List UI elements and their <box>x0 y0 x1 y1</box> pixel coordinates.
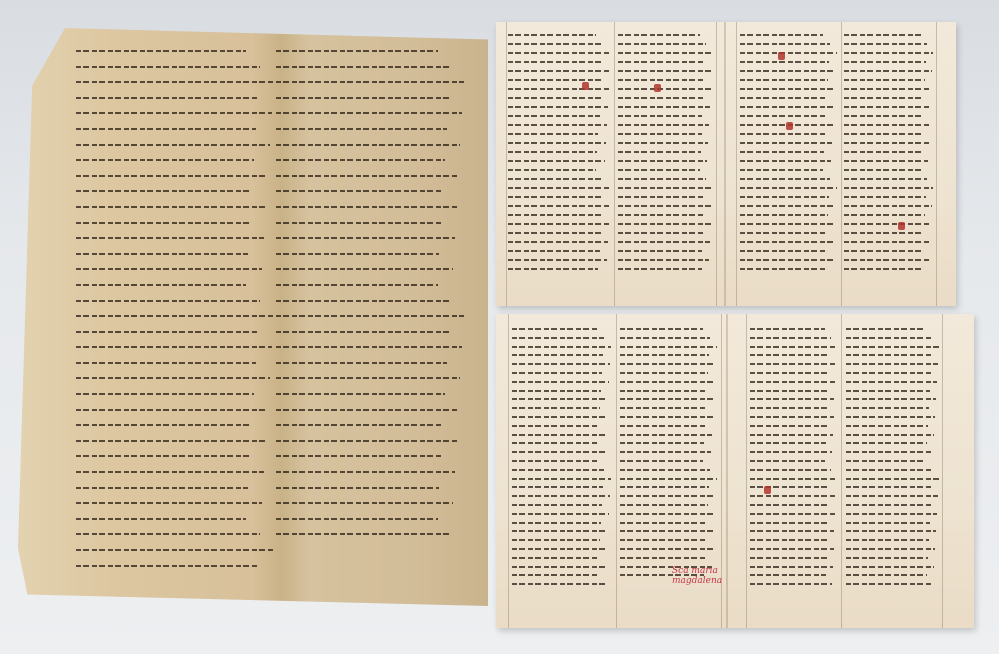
script-line <box>508 160 605 162</box>
script-line <box>76 440 266 442</box>
script-line <box>508 196 603 198</box>
script-line <box>750 539 827 541</box>
script-line <box>618 43 706 45</box>
script-line <box>512 495 610 497</box>
script-line <box>750 337 831 339</box>
script-line <box>76 409 268 411</box>
script-line <box>620 434 712 436</box>
lower-column-4 <box>846 328 940 590</box>
script-line <box>76 377 270 379</box>
script-line <box>620 363 716 365</box>
script-line <box>740 169 823 171</box>
script-line <box>512 425 599 427</box>
script-line <box>508 124 607 126</box>
script-line <box>846 407 929 409</box>
large-manuscript-leaf <box>18 28 488 606</box>
script-line <box>76 471 264 473</box>
script-line <box>618 133 702 135</box>
script-line <box>740 70 836 72</box>
script-line <box>620 495 716 497</box>
script-line <box>844 214 925 216</box>
script-line <box>750 363 836 365</box>
script-line <box>276 533 451 535</box>
script-line <box>740 142 832 144</box>
script-line <box>844 142 929 144</box>
script-line <box>76 253 248 255</box>
script-line <box>740 61 829 63</box>
script-line <box>844 43 927 45</box>
script-line <box>508 259 607 261</box>
script-line <box>618 52 713 54</box>
script-line <box>740 133 825 135</box>
script-line <box>276 222 441 224</box>
upper-column-1 <box>508 34 612 284</box>
script-line <box>846 390 930 392</box>
script-line <box>750 574 826 576</box>
script-line <box>618 151 701 153</box>
script-line <box>846 363 938 365</box>
script-line <box>750 451 832 453</box>
script-line <box>844 232 924 234</box>
script-line <box>750 566 833 568</box>
lower-bifolio: Sca maria magdalena <box>496 314 974 628</box>
script-line <box>512 354 603 356</box>
script-line <box>508 178 604 180</box>
upper-column-3 <box>740 34 838 284</box>
script-line <box>508 115 600 117</box>
script-line <box>276 66 451 68</box>
script-line <box>844 178 927 180</box>
script-line <box>846 495 938 497</box>
script-line <box>618 223 711 225</box>
script-line <box>844 151 921 153</box>
script-line <box>620 372 708 374</box>
ruling-line <box>616 314 617 628</box>
script-line <box>844 88 931 90</box>
fold-line <box>724 22 726 306</box>
script-line <box>276 81 464 83</box>
script-line <box>740 79 828 81</box>
script-line <box>512 328 597 330</box>
script-line <box>844 187 933 189</box>
script-line <box>76 222 250 224</box>
script-line <box>750 372 829 374</box>
ruling-line <box>746 314 747 628</box>
script-line <box>276 144 460 146</box>
script-line <box>846 460 926 462</box>
script-line <box>508 34 596 36</box>
script-line <box>740 241 834 243</box>
script-line <box>76 362 256 364</box>
script-line <box>740 259 833 261</box>
script-line <box>620 346 717 348</box>
script-line <box>76 502 262 504</box>
script-line <box>276 175 458 177</box>
script-line <box>76 81 274 83</box>
script-line <box>844 169 921 171</box>
script-line <box>750 398 834 400</box>
script-line <box>846 337 932 339</box>
script-line <box>750 478 837 480</box>
script-line <box>508 232 601 234</box>
script-line <box>844 241 930 243</box>
script-line <box>846 539 929 541</box>
script-line <box>276 128 447 130</box>
script-line <box>512 381 609 383</box>
script-line <box>512 530 608 532</box>
ruling-line <box>936 22 937 306</box>
script-line <box>620 442 704 444</box>
script-line <box>620 486 709 488</box>
script-line <box>620 328 703 330</box>
script-line <box>846 583 933 585</box>
script-line <box>512 451 605 453</box>
lower-column-3 <box>750 328 838 590</box>
script-line <box>276 190 443 192</box>
script-line <box>750 513 835 515</box>
upper-column-4 <box>844 34 934 284</box>
script-line <box>76 518 246 520</box>
script-line <box>508 214 602 216</box>
red-initial <box>764 486 771 494</box>
red-initial <box>778 52 785 60</box>
script-line <box>508 88 609 90</box>
script-line <box>276 331 449 333</box>
script-line <box>276 518 438 520</box>
script-line <box>740 115 826 117</box>
script-line <box>846 548 935 550</box>
script-line <box>846 398 936 400</box>
script-line <box>620 337 710 339</box>
script-line <box>846 486 932 488</box>
script-line <box>740 268 825 270</box>
script-line <box>846 354 932 356</box>
red-initial <box>582 82 589 90</box>
script-line <box>276 237 455 239</box>
script-line <box>508 43 604 45</box>
script-line <box>740 43 830 45</box>
script-line <box>512 390 601 392</box>
script-line <box>618 34 700 36</box>
script-line <box>508 223 609 225</box>
script-line <box>620 381 715 383</box>
script-line <box>512 478 611 480</box>
script-line <box>276 393 445 395</box>
script-line <box>276 409 458 411</box>
script-line <box>740 52 837 54</box>
script-line <box>846 328 926 330</box>
script-line <box>844 259 930 261</box>
script-line <box>508 97 601 99</box>
script-line <box>512 522 601 524</box>
script-line <box>512 363 610 365</box>
upper-column-2 <box>618 34 714 284</box>
script-line <box>740 196 829 198</box>
script-line <box>740 88 835 90</box>
script-line <box>618 196 705 198</box>
script-line <box>740 214 828 216</box>
script-line <box>620 557 705 559</box>
script-line <box>846 416 935 418</box>
ruling-line <box>716 22 717 306</box>
script-line <box>750 425 827 427</box>
script-line <box>618 187 713 189</box>
script-line <box>620 451 711 453</box>
script-line <box>750 486 830 488</box>
script-line <box>750 557 827 559</box>
script-line <box>846 372 931 374</box>
script-line <box>508 169 596 171</box>
script-line <box>844 70 932 72</box>
script-line <box>846 566 934 568</box>
script-line <box>276 315 464 317</box>
script-line <box>512 346 611 348</box>
script-line <box>512 434 606 436</box>
script-line <box>276 346 462 348</box>
script-line <box>508 79 602 81</box>
red-initial <box>898 222 905 230</box>
script-line <box>750 495 836 497</box>
script-line <box>740 151 824 153</box>
script-line <box>740 205 836 207</box>
script-line <box>618 79 704 81</box>
script-line <box>512 372 602 374</box>
script-line <box>512 504 602 506</box>
script-line <box>76 455 250 457</box>
script-line <box>276 112 462 114</box>
script-line <box>750 583 832 585</box>
script-line <box>276 471 455 473</box>
red-initial <box>654 84 661 92</box>
script-line <box>750 416 834 418</box>
script-line <box>618 250 702 252</box>
script-line <box>276 50 438 52</box>
script-line <box>618 106 710 108</box>
script-line <box>618 124 709 126</box>
script-line <box>740 34 823 36</box>
script-line <box>618 88 711 90</box>
script-line <box>740 178 830 180</box>
script-line <box>620 478 717 480</box>
script-line <box>740 232 827 234</box>
lower-column-2 <box>620 328 718 578</box>
large-leaf-column-left <box>76 50 276 590</box>
script-line <box>76 549 274 551</box>
script-line <box>740 97 827 99</box>
script-line <box>844 52 933 54</box>
script-line <box>844 34 921 36</box>
script-line <box>618 97 703 99</box>
script-line <box>512 566 606 568</box>
script-line <box>846 381 937 383</box>
script-line <box>846 434 934 436</box>
script-line <box>750 504 829 506</box>
rubric-text: Sca maria magdalena <box>672 566 722 586</box>
script-line <box>618 142 708 144</box>
script-line <box>750 442 826 444</box>
script-line <box>620 425 705 427</box>
script-line <box>620 522 707 524</box>
script-line <box>846 442 927 444</box>
script-line <box>276 440 457 442</box>
script-line <box>620 390 707 392</box>
script-line <box>750 548 834 550</box>
script-line <box>512 398 608 400</box>
script-line <box>512 548 607 550</box>
script-line <box>618 115 702 117</box>
script-line <box>620 469 710 471</box>
script-line <box>740 187 837 189</box>
script-line <box>846 504 931 506</box>
script-line <box>844 61 926 63</box>
script-line <box>620 407 706 409</box>
script-line <box>740 160 831 162</box>
script-line <box>512 557 599 559</box>
script-line <box>844 223 931 225</box>
script-line <box>846 513 937 515</box>
script-line <box>76 206 266 208</box>
script-line <box>76 159 254 161</box>
script-line <box>76 112 272 114</box>
ruling-line <box>736 22 737 306</box>
script-line <box>846 346 939 348</box>
script-line <box>844 115 923 117</box>
script-line <box>844 124 930 126</box>
script-line <box>618 214 704 216</box>
script-line <box>618 70 712 72</box>
script-line <box>276 159 445 161</box>
script-line <box>512 337 604 339</box>
script-line <box>844 106 930 108</box>
script-line <box>618 178 706 180</box>
script-line <box>750 328 825 330</box>
script-line <box>276 455 441 457</box>
script-line <box>508 241 608 243</box>
script-line <box>620 548 713 550</box>
script-line <box>512 416 607 418</box>
lower-column-1 <box>512 328 612 590</box>
script-line <box>844 79 925 81</box>
script-line <box>846 478 939 480</box>
script-line <box>508 106 608 108</box>
script-line <box>276 268 453 270</box>
script-line <box>76 268 262 270</box>
rubric-line-1: Sca maria <box>672 566 722 576</box>
script-line <box>618 268 702 270</box>
script-line <box>618 160 707 162</box>
script-line <box>508 250 600 252</box>
script-line <box>276 362 447 364</box>
script-line <box>508 268 598 270</box>
script-line <box>846 574 927 576</box>
ruling-line <box>841 314 842 628</box>
script-line <box>508 70 610 72</box>
upper-bifolio <box>496 22 956 306</box>
script-line <box>508 52 611 54</box>
script-line <box>620 530 714 532</box>
script-line <box>846 530 936 532</box>
script-line <box>740 223 835 225</box>
script-line <box>844 196 926 198</box>
script-line <box>740 106 834 108</box>
ruling-line <box>508 314 509 628</box>
script-line <box>620 416 713 418</box>
script-line <box>76 487 248 489</box>
script-line <box>276 284 438 286</box>
script-line <box>276 502 453 504</box>
script-line <box>76 50 246 52</box>
script-line <box>750 381 835 383</box>
script-line <box>76 190 252 192</box>
script-line <box>846 469 932 471</box>
script-line <box>508 61 603 63</box>
script-line <box>76 284 246 286</box>
script-line <box>618 232 703 234</box>
script-line <box>750 469 831 471</box>
script-line <box>618 259 709 261</box>
script-line <box>618 61 705 63</box>
script-line <box>846 557 928 559</box>
script-line <box>512 513 609 515</box>
script-line <box>76 237 264 239</box>
script-line <box>844 133 922 135</box>
script-line <box>620 460 703 462</box>
script-line <box>750 522 828 524</box>
script-line <box>512 574 598 576</box>
ruling-line <box>841 22 842 306</box>
script-line <box>844 250 923 252</box>
script-line <box>76 565 258 567</box>
script-line <box>750 407 827 409</box>
ruling-line <box>506 22 507 306</box>
script-line <box>844 97 924 99</box>
script-line <box>846 425 928 427</box>
red-initial <box>786 122 793 130</box>
script-line <box>76 393 254 395</box>
script-line <box>512 442 598 444</box>
script-line <box>508 205 610 207</box>
script-line <box>750 530 834 532</box>
script-line <box>276 253 439 255</box>
script-line <box>844 160 928 162</box>
script-line <box>620 504 708 506</box>
script-line <box>512 583 605 585</box>
script-line <box>276 487 439 489</box>
script-line <box>844 268 922 270</box>
script-line <box>512 539 600 541</box>
script-line <box>508 133 598 135</box>
large-leaf-column-right <box>276 50 466 550</box>
script-line <box>750 460 825 462</box>
script-line <box>618 205 712 207</box>
script-line <box>76 128 256 130</box>
script-line <box>750 434 833 436</box>
ruling-line <box>942 314 943 628</box>
script-line <box>76 346 272 348</box>
script-line <box>750 390 828 392</box>
script-line <box>618 169 700 171</box>
script-line <box>512 460 597 462</box>
ruling-line <box>614 22 615 306</box>
script-line <box>76 300 260 302</box>
script-line <box>276 377 460 379</box>
script-line <box>512 486 603 488</box>
script-line <box>846 522 930 524</box>
script-line <box>618 241 710 243</box>
script-line <box>512 407 600 409</box>
script-line <box>844 205 932 207</box>
script-line <box>276 424 443 426</box>
